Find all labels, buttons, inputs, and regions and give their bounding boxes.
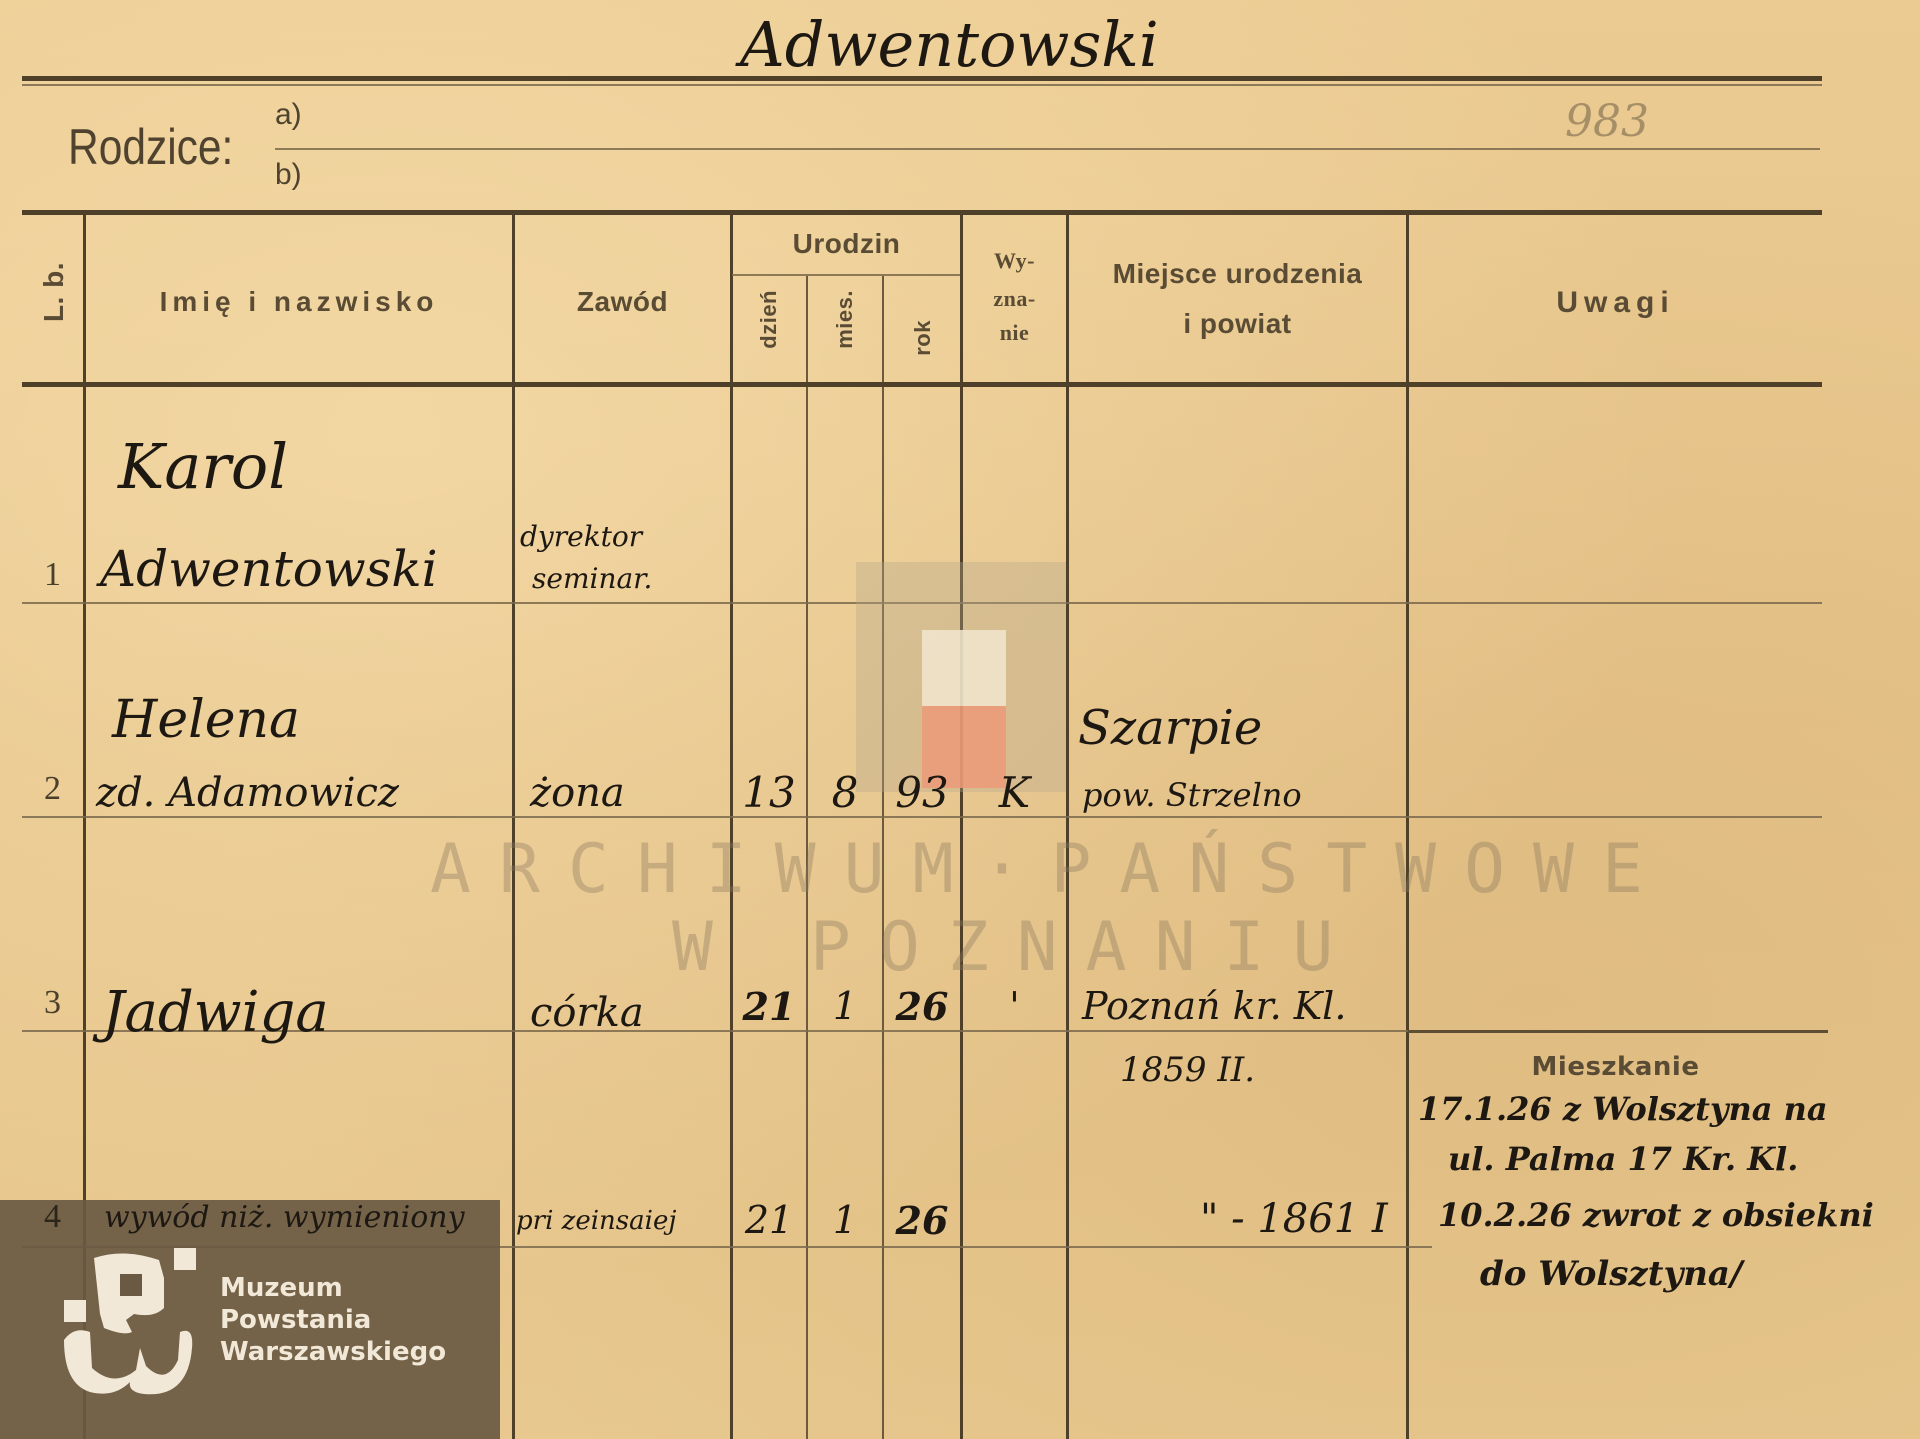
watermark-line-1: ARCHIWUM·PAŃSTWOWE — [430, 830, 1671, 909]
header-name: Imię i nazwisko — [86, 286, 512, 318]
residence-line-2: ul. Palma 17 Kr. Kl. — [1448, 1140, 1798, 1178]
archive-number: 983 — [1565, 96, 1649, 147]
row-2-month: 8 — [808, 768, 882, 817]
parents-label: Rodzice: — [68, 118, 233, 176]
row-4-month: 1 — [808, 1198, 882, 1242]
remarks-residence-rule — [1408, 1030, 1828, 1033]
header-day: dzień — [756, 290, 782, 349]
header-month: mies. — [832, 290, 858, 349]
table-top-rule — [22, 210, 1822, 215]
museum-name-line-2: Powstania — [220, 1304, 371, 1336]
row-2-religion: K — [963, 768, 1066, 817]
row-4-number: 4 — [44, 1198, 61, 1236]
header-profession: Zawód — [515, 286, 730, 318]
header-birthplace-1: Miejsce urodzenia — [1069, 258, 1406, 290]
anchor-emblem-icon — [64, 1248, 204, 1398]
row-1-surname: Adwentowski — [100, 540, 438, 598]
residence-label: Mieszkanie — [1409, 1052, 1822, 1082]
header-remarks: Uwagi — [1409, 286, 1822, 320]
header-religion-3: nie — [963, 320, 1066, 346]
museum-logo-panel: Muzeum Powstania Warszawskiego — [0, 1200, 500, 1439]
watermark-line-2: W POZNANIU — [672, 908, 1361, 987]
row-2-surname: zd. Adamowicz — [96, 770, 399, 816]
row-1-profession-2: seminar. — [532, 562, 652, 595]
row-2-year: 93 — [884, 768, 960, 817]
col-divider-profession — [730, 212, 733, 1439]
header-bottom-rule — [22, 382, 1822, 387]
row-3-profession: córka — [530, 990, 644, 1036]
col-divider-religion — [1066, 212, 1069, 1439]
row-4-name: wywód niż. wymieniony — [104, 1200, 465, 1235]
header-religion-2: zna- — [963, 286, 1066, 312]
residence-line-3: 10.2.26 zwrot z obsiekni — [1438, 1196, 1874, 1234]
row-3-month: 1 — [808, 984, 882, 1028]
title-rule-secondary — [22, 84, 1822, 86]
header-religion-1: Wy- — [963, 248, 1066, 274]
row-3-name: Jadwiga — [102, 980, 329, 1045]
watermark-flag-white — [922, 630, 1006, 706]
row-4-profession: pri zeinsaiej — [516, 1206, 676, 1236]
row-2-number: 2 — [44, 770, 61, 808]
row-3-day: 21 — [732, 984, 806, 1029]
parents-b-label: b) — [275, 158, 302, 192]
header-lb: L. b. — [38, 262, 70, 322]
museum-name-line-1: Muzeum — [220, 1272, 343, 1304]
museum-name-line-3: Warszawskiego — [220, 1336, 446, 1368]
row-3-number: 3 — [44, 984, 61, 1022]
surname-heading: Adwentowski — [740, 8, 1159, 81]
row-3-birthplace-1: Poznań kr. Kl. — [1082, 984, 1346, 1028]
col-divider-year — [960, 212, 963, 1439]
row-1-number: 1 — [44, 556, 61, 594]
row-1-profession-1: dyrektor — [520, 520, 642, 553]
row-2-first-name: Helena — [112, 690, 300, 750]
residence-line-4: do Wolsztyna/ — [1480, 1254, 1742, 1294]
row-2-profession: żona — [530, 770, 625, 816]
row-2-birthplace-2: pow. Strzelno — [1082, 776, 1302, 814]
row-3-year: 26 — [884, 984, 960, 1029]
residence-line-1: 17.1.26 z Wolsztyna na — [1418, 1090, 1828, 1128]
row-4-year: 26 — [884, 1198, 960, 1243]
row-1-first-name: Karol — [118, 430, 288, 503]
col-divider-name — [512, 212, 515, 1439]
row-3-birthplace-2: 1859 II. — [1120, 1050, 1255, 1090]
header-year: rok — [910, 320, 936, 356]
row-3-religion: ' — [963, 984, 1066, 1028]
parents-a-label: a) — [275, 98, 302, 132]
row-4-day: 21 — [732, 1198, 806, 1242]
row-4-birthplace: " - 1861 I — [1200, 1196, 1388, 1242]
row-2-day: 13 — [732, 768, 806, 817]
parents-rule — [275, 148, 1820, 150]
birth-subheader-rule — [732, 274, 960, 276]
header-birthplace-2: i powiat — [1069, 308, 1406, 340]
row-2-birthplace-1: Szarpie — [1078, 700, 1262, 756]
title-rule — [22, 76, 1822, 81]
col-divider-birthplace — [1406, 212, 1409, 1439]
header-birth: Urodzin — [733, 228, 960, 260]
